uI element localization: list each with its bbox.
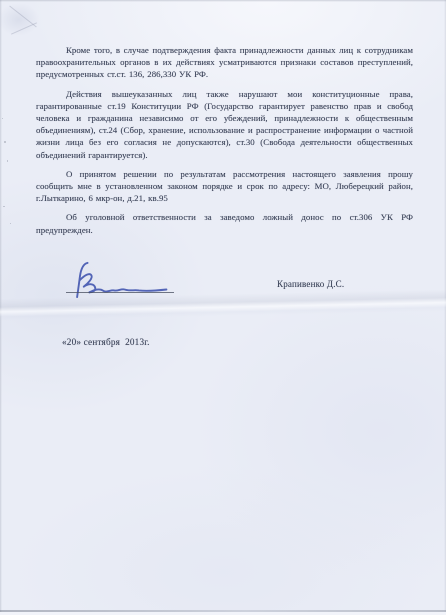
document-date: «20» сентября 2013г. <box>62 337 150 347</box>
paragraph-constitutional-rights: Действия вышеуказанных лиц также нарушаю… <box>36 88 413 161</box>
scan-speck <box>7 160 8 162</box>
scan-edge-left <box>0 0 2 615</box>
signature-line <box>66 292 174 293</box>
paragraph-false-report-warning: Об уголовной ответственности за заведомо… <box>36 211 413 235</box>
paragraph-notification-address: О принятом решении по результатам рассмо… <box>36 168 413 205</box>
scanned-document-page: Кроме того, в случае подтверждения факта… <box>0 0 446 615</box>
paper-crease-line <box>11 22 37 34</box>
handwritten-signature-icon <box>57 261 177 299</box>
scan-speck <box>10 223 11 224</box>
scan-speck <box>3 206 5 207</box>
paragraph-criminal-codes: Кроме того, в случае подтверждения факта… <box>36 44 413 81</box>
scan-speck <box>4 141 6 143</box>
scan-speck <box>2 118 3 119</box>
signatory-name: Крапивенко Д.С. <box>277 279 344 289</box>
scan-edge-bottom <box>0 610 446 612</box>
document-body: Кроме того, в случае подтверждения факта… <box>36 0 413 243</box>
paper-crease-line <box>9 6 36 28</box>
